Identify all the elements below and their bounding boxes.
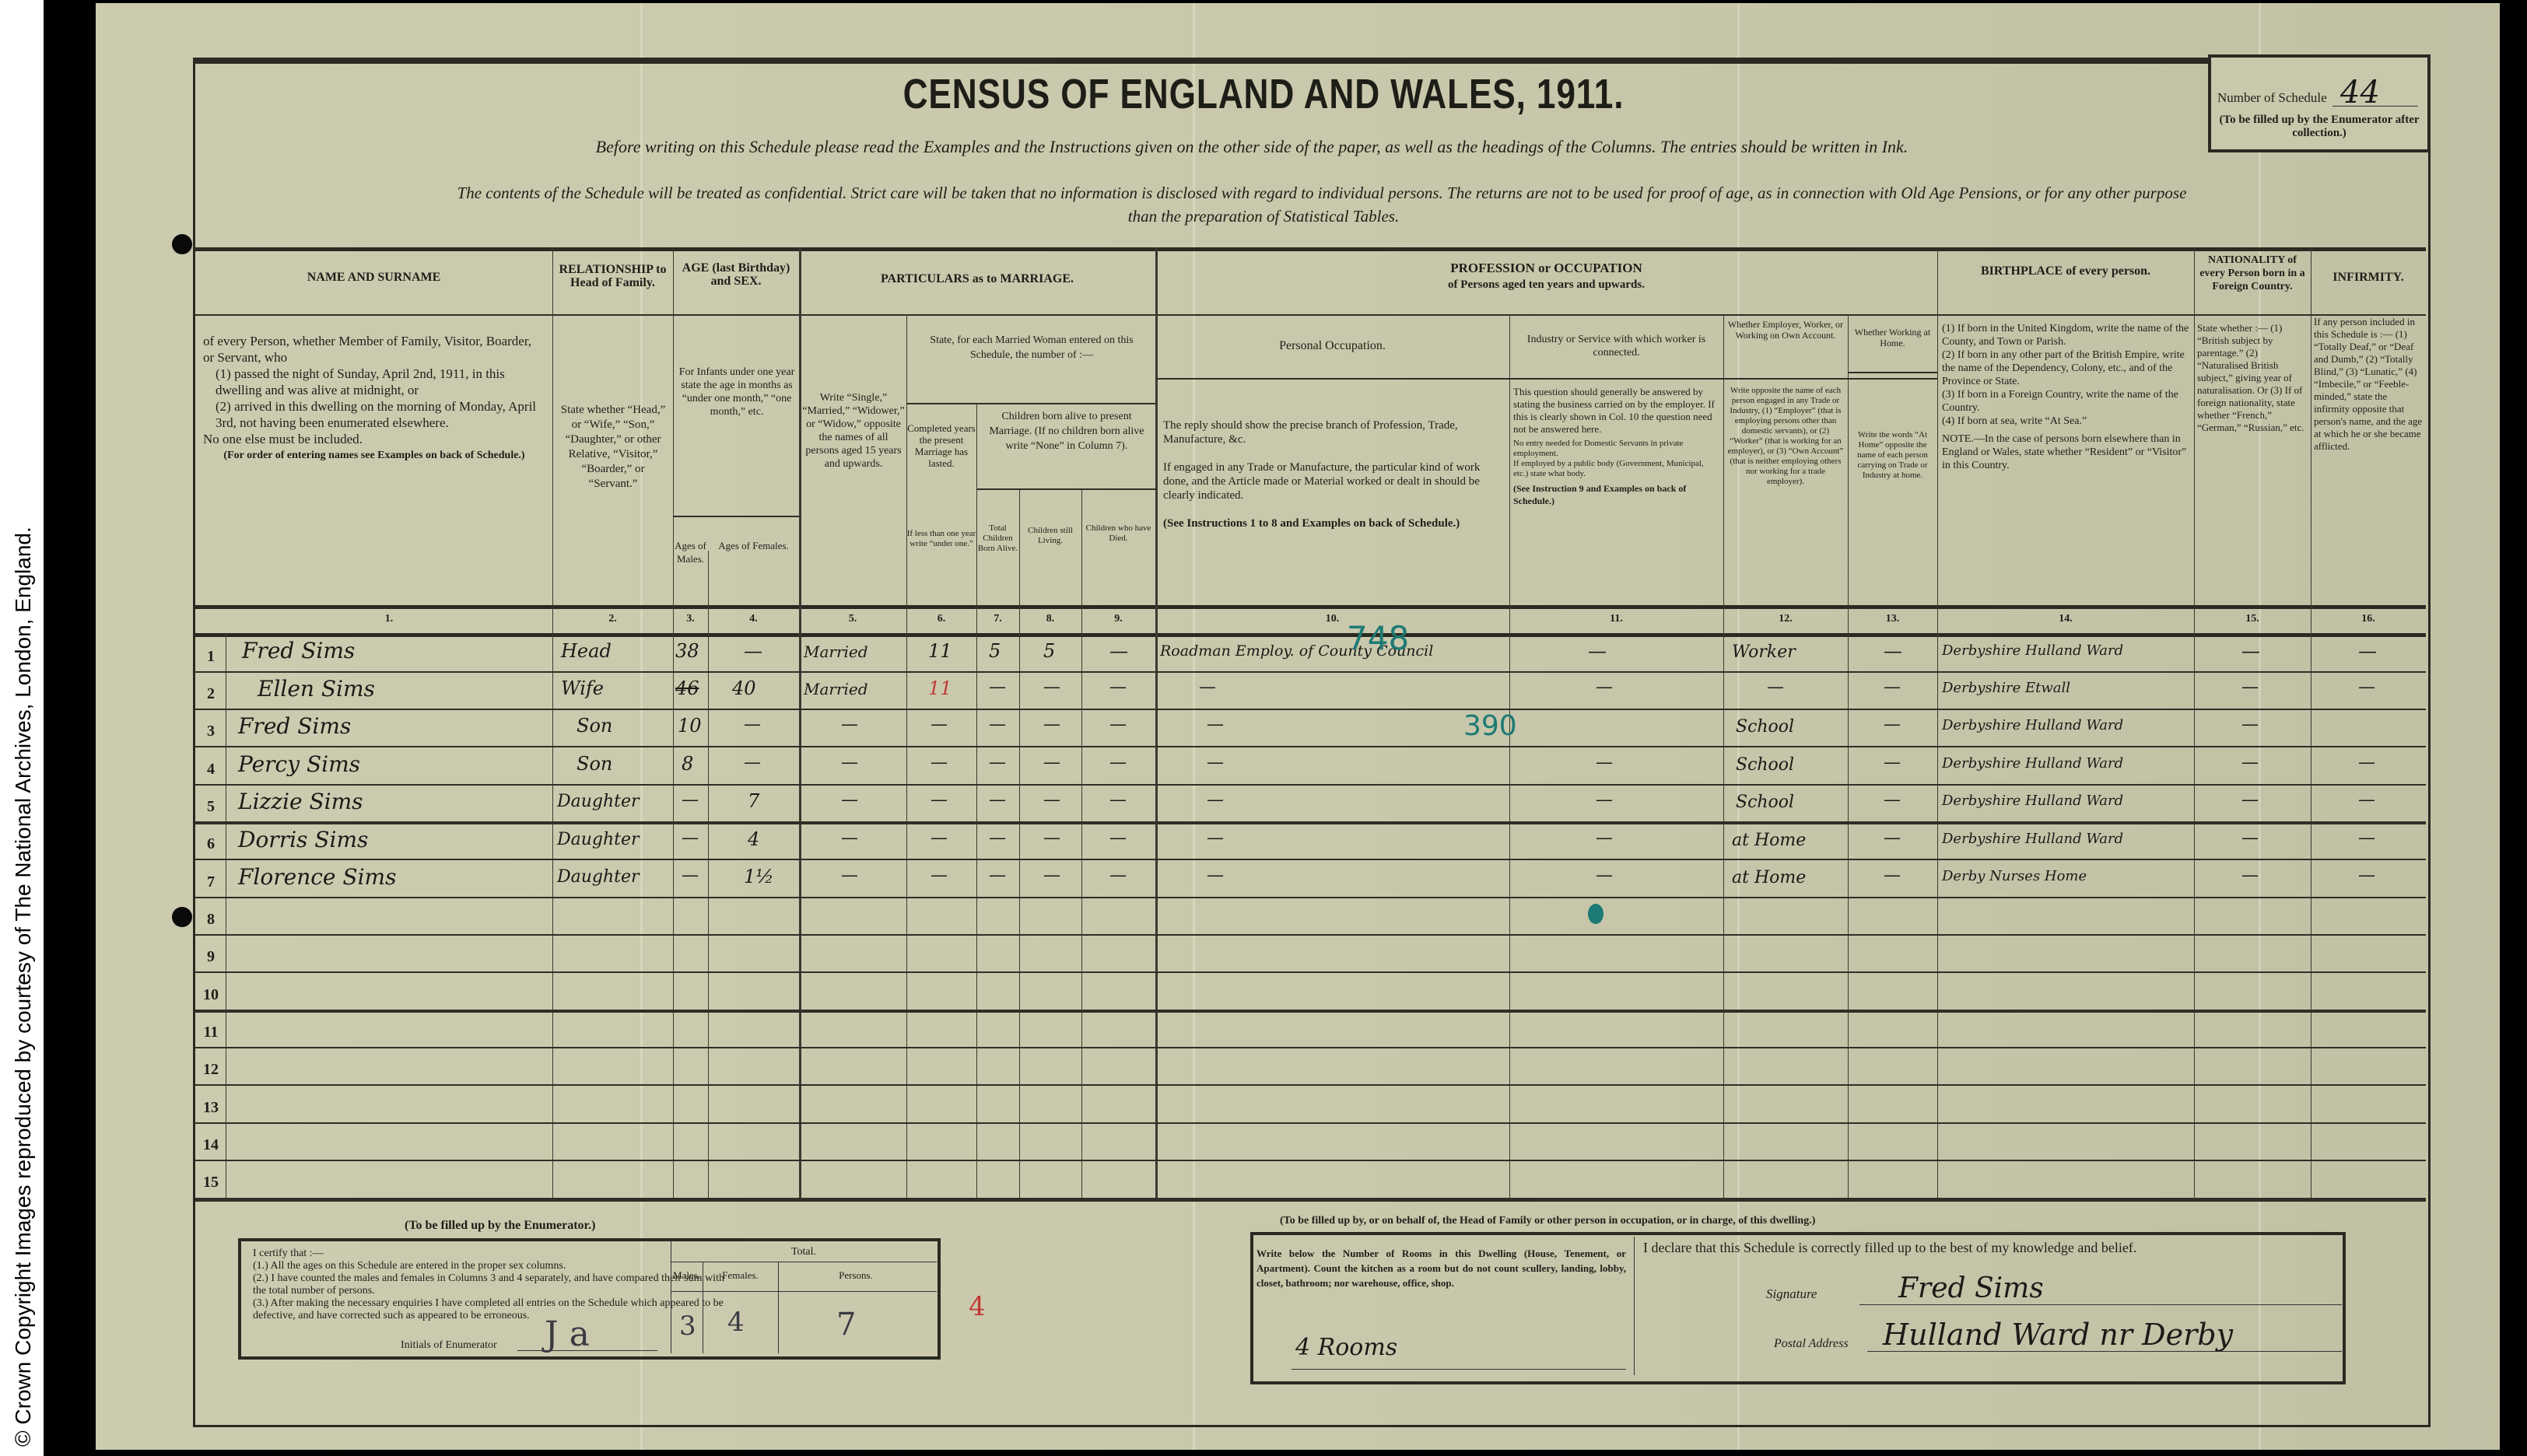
relationship-cell[interactable]: Daughter	[557, 867, 640, 887]
age-female-cell[interactable]: —	[744, 640, 762, 662]
col-header-birthplace: BIRTHPLACE of every person.	[1937, 264, 2194, 278]
living-cell[interactable]: —	[1043, 753, 1060, 772]
row-number: 11	[195, 1024, 226, 1041]
occupation-cell[interactable]: —	[1207, 828, 1224, 848]
col-num-2: 2.	[552, 613, 673, 625]
living-cell[interactable]: 5	[1043, 640, 1055, 662]
row-number: 7	[195, 873, 226, 891]
age-male-cell[interactable]: —	[682, 828, 699, 848]
years-married-cell[interactable]: —	[931, 790, 948, 810]
at-home-cell[interactable]: —	[1884, 866, 1901, 885]
age-male-cell[interactable]: —	[682, 790, 699, 810]
relationship-cell[interactable]: Daughter	[557, 830, 640, 849]
col-header-name: NAME AND SURNAME	[195, 271, 552, 284]
copyright-notice: © Crown Copyright Images reproduced by c…	[11, 527, 36, 1447]
occupation-code-annotation: 748	[1347, 619, 1409, 657]
age-male-cell[interactable]: —	[682, 866, 699, 885]
instruction-line: Before writing on this Schedule please r…	[0, 137, 2527, 157]
children-instructions: Children born alive to present Marriage.…	[980, 409, 1154, 453]
born-alive-cell[interactable]: —	[989, 828, 1006, 848]
relationship-cell[interactable]: Head	[561, 640, 612, 662]
nationality-cell[interactable]: —	[2241, 715, 2259, 734]
birthplace-cell[interactable]: Derbyshire Hulland Ward	[1942, 642, 2123, 659]
name-instructions: of every Person, whether Member of Famil…	[203, 333, 545, 464]
at-home-cell[interactable]: —	[1884, 753, 1901, 772]
row-number: 12	[195, 1061, 226, 1079]
born-alive-cell[interactable]: 5	[989, 640, 1001, 662]
relationship-instructions: State whether “Head,” or “Wife,” “Son,” …	[556, 403, 670, 492]
age-male-cell[interactable]: 46	[675, 677, 699, 699]
marital-cell[interactable]: Married	[804, 680, 868, 698]
years-married-cell[interactable]: 11	[928, 640, 952, 662]
marital-cell[interactable]: —	[841, 753, 858, 772]
marital-cell[interactable]: —	[841, 790, 858, 810]
col-num-12: 12.	[1723, 613, 1848, 625]
col-num-11: 11.	[1509, 613, 1723, 625]
living-cell[interactable]: —	[1043, 866, 1060, 885]
marital-cell[interactable]: —	[841, 828, 858, 848]
row-number: 6	[195, 835, 226, 853]
infirmity-cell[interactable]: —	[2358, 828, 2375, 848]
name-cell[interactable]: Fred Sims	[238, 713, 351, 739]
relationship-cell[interactable]: Daughter	[557, 792, 640, 811]
total-females[interactable]: 4	[727, 1307, 745, 1338]
row-number: 5	[195, 798, 226, 816]
died-cell[interactable]: —	[1109, 790, 1127, 810]
col-header-occupation-sub: of Persons aged ten years and upwards.	[1155, 278, 1937, 292]
living-cell[interactable]: —	[1043, 677, 1060, 697]
birthplace-cell[interactable]: Derbyshire Hulland Ward	[1942, 755, 2123, 772]
employment-cell[interactable]: Worker	[1732, 642, 1796, 662]
col-num-15: 15.	[2194, 613, 2311, 625]
occupation-cell[interactable]: —	[1207, 753, 1224, 772]
birthplace-cell[interactable]: Derbyshire Hulland Ward	[1942, 831, 2123, 847]
name-cell[interactable]: Ellen Sims	[258, 676, 375, 702]
col-num-7: 7.	[976, 613, 1019, 625]
died-cell[interactable]: —	[1109, 828, 1127, 848]
at-home-cell[interactable]: —	[1884, 790, 1901, 810]
age-female-cell[interactable]: —	[744, 715, 761, 734]
col-num-8: 8.	[1019, 613, 1081, 625]
red-tally-annotation: 4	[969, 1291, 986, 1322]
col-num-16: 16.	[2311, 613, 2426, 625]
industry-cell[interactable]: —	[1596, 790, 1613, 810]
schedule-number-note: (To be filled up by the Enumerator after…	[2217, 114, 2421, 140]
row-number: 14	[195, 1136, 226, 1154]
age-female-cell[interactable]: 4	[748, 828, 759, 850]
infirmity-cell[interactable]: —	[2358, 640, 2377, 662]
living-cell[interactable]: —	[1043, 790, 1060, 810]
years-married-cell[interactable]: —	[931, 866, 948, 885]
age-male-cell[interactable]: 8	[682, 753, 693, 775]
col-header-infirmity: INFIRMITY.	[2311, 271, 2426, 284]
name-cell[interactable]: Percy Sims	[238, 751, 360, 777]
census-table: NAME AND SURNAME RELATIONSHIP to Head of…	[195, 247, 2426, 1200]
employment-cell[interactable]: School	[1736, 717, 1794, 737]
age-female-cell[interactable]: —	[744, 753, 761, 772]
col-header-industry: Industry or Service with which worker is…	[1509, 333, 1723, 359]
confidential-line: The contents of the Schedule will be tre…	[0, 184, 2527, 203]
age-female-cell[interactable]: 40	[732, 677, 756, 699]
col-header-age: AGE (last Birthday) and SEX.	[673, 261, 799, 288]
industry-code-annotation: 390	[1463, 710, 1517, 742]
col-num-13: 13.	[1848, 613, 1937, 625]
industry-cell[interactable]: —	[1596, 753, 1613, 772]
employment-cell[interactable]: School	[1736, 755, 1794, 775]
col-header-working-at-home: Whether Working at Home.	[1848, 327, 1937, 348]
born-alive-cell[interactable]: —	[989, 677, 1006, 697]
col-header-employment-status: Whether Employer, Worker, or Working on …	[1723, 319, 1848, 341]
row-number: 9	[195, 948, 226, 966]
punch-hole	[172, 234, 192, 254]
employment-cell[interactable]: School	[1736, 793, 1794, 812]
col-header-marriage: PARTICULARS as to MARRIAGE.	[799, 272, 1155, 285]
enumerator-initials[interactable]: J a	[545, 1314, 590, 1354]
relationship-cell[interactable]: Son	[577, 753, 612, 775]
born-alive-cell[interactable]: —	[989, 753, 1006, 772]
col-header-personal-occupation: Personal Occupation.	[1155, 339, 1509, 352]
age-female-cell[interactable]: 7	[748, 790, 759, 812]
nationality-cell[interactable]: —	[2241, 866, 2259, 885]
employment-cell[interactable]: at Home	[1732, 868, 1806, 887]
row-number: 4	[195, 761, 226, 779]
nationality-cell[interactable]: —	[2241, 790, 2259, 810]
birthplace-instructions: (1) If born in the United Kingdom, write…	[1942, 322, 2189, 472]
males-label: Males.	[671, 1268, 703, 1283]
industry-cell[interactable]: —	[1596, 828, 1613, 848]
row-number: 1	[195, 648, 226, 666]
rooms-value[interactable]: 4 Rooms	[1295, 1334, 1397, 1361]
industry-cell[interactable]: —	[1588, 640, 1607, 662]
employment-cell[interactable]: at Home	[1732, 831, 1806, 850]
row-number: 3	[195, 723, 226, 740]
occupation-cell[interactable]: —	[1207, 866, 1224, 885]
enumerator-heading: (To be filled up by the Enumerator.)	[405, 1218, 596, 1234]
married-woman-instructions: State, for each Married Woman entered on…	[910, 333, 1154, 362]
infirmity-cell[interactable]: —	[2358, 753, 2375, 772]
infirmity-cell[interactable]: —	[2358, 677, 2375, 697]
col-header-relationship: RELATIONSHIP to Head of Family.	[552, 263, 673, 289]
row-number: 10	[195, 986, 226, 1004]
col-header-years-married: Completed years the present Marriage has…	[906, 422, 976, 469]
schedule-number-value[interactable]: 44	[2340, 75, 2380, 110]
col-num-10: 10.	[1155, 613, 1509, 625]
confidential-line-2: than the preparation of Statistical Tabl…	[0, 207, 2527, 226]
occupation-cell[interactable]: —	[1199, 677, 1216, 697]
industry-cell[interactable]: —	[1596, 677, 1613, 697]
birthplace-cell[interactable]: Derbyshire Etwall	[1942, 680, 2070, 696]
total-persons[interactable]: 7	[836, 1307, 856, 1342]
total-label: Total.	[671, 1244, 937, 1260]
head-section-heading: (To be filled up by, or on behalf of, th…	[1280, 1213, 1815, 1229]
died-cell[interactable]: —	[1109, 640, 1128, 662]
years-married-cell[interactable]: 11	[928, 677, 952, 699]
occupation-instructions: The reply should show the precise branch…	[1163, 418, 1502, 530]
born-alive-cell[interactable]: —	[989, 715, 1006, 734]
living-cell[interactable]: —	[1043, 828, 1060, 848]
nationality-cell[interactable]: —	[2241, 677, 2259, 697]
at-home-instructions: Write the words “At Home” opposite the n…	[1851, 430, 1934, 481]
infirmity-instructions: If any person included in this Schedule …	[2314, 316, 2423, 453]
died-cell[interactable]: —	[1109, 677, 1127, 697]
age-female-cell[interactable]: 1½	[744, 866, 774, 887]
enumerator-certification: I certify that :— (1.) All the ages on t…	[253, 1248, 735, 1322]
nationality-cell[interactable]: —	[2241, 753, 2259, 772]
infirmity-cell[interactable]: —	[2358, 866, 2375, 885]
declaration-text: I declare that this Schedule is correctl…	[1643, 1240, 2136, 1255]
total-males[interactable]: 3	[679, 1311, 696, 1342]
at-home-cell[interactable]: —	[1884, 640, 1902, 662]
born-alive-cell[interactable]: —	[989, 790, 1006, 810]
employment-instructions: Write opposite the name of each person e…	[1726, 386, 1845, 487]
row-number: 8	[195, 911, 226, 929]
name-cell[interactable]: Dorris Sims	[238, 827, 368, 852]
born-alive-cell[interactable]: —	[989, 866, 1006, 885]
birthplace-cell[interactable]: Derbyshire Hulland Ward	[1942, 717, 2123, 733]
name-cell[interactable]: Fred Sims	[242, 638, 355, 663]
col-num-9: 9.	[1081, 613, 1155, 625]
occupation-cell[interactable]: —	[1207, 715, 1224, 734]
initials-label: Initials of Enumerator	[401, 1338, 497, 1353]
birthplace-cell[interactable]: Derbyshire Hulland Ward	[1942, 793, 2123, 809]
col-header-occupation: PROFESSION or OCCUPATION	[1155, 261, 1937, 275]
employment-cell[interactable]: —	[1767, 677, 1784, 697]
row-number: 15	[195, 1174, 226, 1192]
died-cell[interactable]: —	[1109, 753, 1127, 772]
postal-address-value[interactable]: Hulland Ward nr Derby	[1883, 1318, 2233, 1352]
page-title: CENSUS OF ENGLAND AND WALES, 1911.	[227, 70, 2299, 118]
died-cell[interactable]: —	[1109, 866, 1127, 885]
postal-address-label: Postal Address	[1774, 1336, 1849, 1352]
nationality-instructions: State whether :— (1) “British subject by…	[2197, 322, 2308, 434]
schedule-number-label: Number of Schedule	[2217, 90, 2327, 106]
at-home-cell[interactable]: —	[1884, 677, 1901, 697]
teal-ink-dot	[1588, 904, 1603, 924]
col-header-females: Ages of Females.	[708, 539, 799, 552]
persons-label: Persons.	[778, 1268, 934, 1283]
col-header-still-living: Children still Living.	[1019, 526, 1081, 546]
birthplace-cell[interactable]: Derby Nurses Home	[1942, 868, 2087, 884]
age-male-cell[interactable]: 38	[675, 640, 699, 662]
col-header-nationality: NATIONALITY of every Person born in a Fo…	[2194, 254, 2311, 293]
col-num-6: 6.	[906, 613, 976, 625]
nationality-cell[interactable]: —	[2241, 640, 2260, 662]
industry-cell[interactable]: —	[1596, 866, 1613, 885]
col-header-born-alive: Total Children Born Alive.	[976, 523, 1019, 554]
name-cell[interactable]: Lizzie Sims	[238, 789, 363, 814]
marital-cell[interactable]: Married	[804, 642, 868, 661]
years-married-cell[interactable]: —	[931, 715, 948, 734]
years-married-cell[interactable]: —	[931, 753, 948, 772]
marital-cell[interactable]: —	[841, 866, 858, 885]
relationship-cell[interactable]: Son	[577, 715, 612, 737]
industry-instructions: This question should generally be answer…	[1513, 386, 1720, 507]
col-header-died: Children who have Died.	[1081, 523, 1155, 544]
col-num-14: 14.	[1937, 613, 2194, 625]
relationship-cell[interactable]: Wife	[561, 677, 604, 699]
name-cell[interactable]: Florence Sims	[238, 864, 396, 890]
rooms-instructions: Write below the Number of Rooms in this …	[1256, 1246, 1626, 1290]
marital-instructions: Write “Single,” “Married,” “Widower,” or…	[802, 391, 905, 471]
col-num-3: 3.	[673, 613, 708, 625]
occupation-cell[interactable]: —	[1207, 790, 1224, 810]
col-num-1: 1.	[226, 613, 552, 625]
punch-hole	[172, 907, 192, 927]
signature-label: Signature	[1766, 1286, 1817, 1302]
at-home-cell[interactable]: —	[1884, 828, 1901, 848]
years-married-cell[interactable]: —	[931, 828, 948, 848]
nationality-cell[interactable]: —	[2241, 828, 2259, 848]
died-cell[interactable]: —	[1109, 715, 1127, 734]
age-instructions: For Infants under one year state the age…	[676, 366, 797, 418]
col-header-years-married-note: If less than one year write “under one.”	[906, 529, 976, 549]
schedule-number-box: Number of Schedule 44 (To be filled up b…	[2208, 54, 2431, 152]
infirmity-cell[interactable]: —	[2358, 790, 2375, 810]
col-header-males: Ages of Males.	[673, 539, 708, 565]
row-number: 13	[195, 1099, 226, 1117]
row-number: 2	[195, 685, 226, 703]
females-label: Females.	[703, 1268, 778, 1283]
age-male-cell[interactable]: 10	[678, 715, 702, 737]
signature-value[interactable]: Fred Sims	[1898, 1272, 2044, 1304]
col-num-4: 4.	[708, 613, 799, 625]
living-cell[interactable]: —	[1043, 715, 1060, 734]
marital-cell[interactable]: —	[841, 715, 858, 734]
at-home-cell[interactable]: —	[1884, 715, 1901, 734]
col-num-5: 5.	[799, 613, 906, 625]
